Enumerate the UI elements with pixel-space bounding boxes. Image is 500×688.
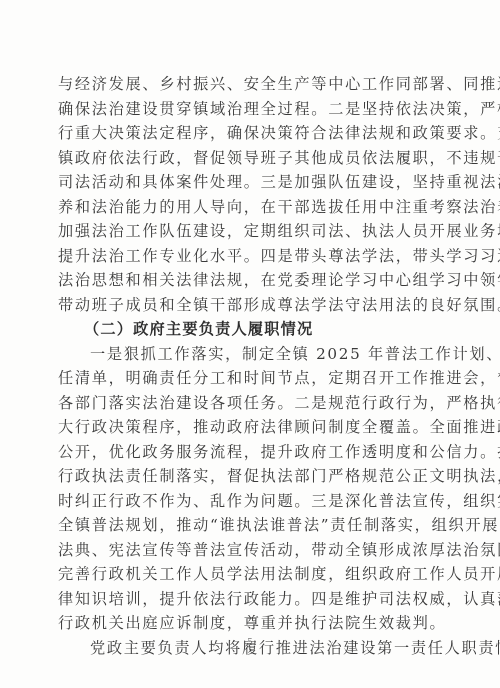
page-number: 5 bbox=[0, 638, 500, 648]
paragraph-party-secretary-continued: 与经济发展、乡村振兴、安全生产等中心工作同部署、同推进， 确保法治建设贯穿镇域治… bbox=[58, 72, 434, 317]
text-line: 行政执法责任制落实，督促执法部门严格规范公正文明执法，及 bbox=[58, 464, 434, 489]
text-line: 带动班子成员和全镇干部形成尊法学法守法用法的良好氛围。 bbox=[58, 293, 434, 318]
text-line: 法治思想和相关法律法规，在党委理论学习中心组学习中领学， bbox=[58, 268, 434, 293]
text-line: 公开，优化政务服务流程，提升政府工作透明度和公信力。推进 bbox=[58, 440, 434, 465]
text-line: 行政机关出庭应诉制度，尊重并执行法院生效裁判。 bbox=[58, 611, 434, 636]
text-line: 提升法治工作专业化水平。四是带头尊法学法，带头学习习近平 bbox=[58, 244, 434, 269]
text-line: 大行政决策程序，推动政府法律顾问制度全覆盖。全面推进政务 bbox=[58, 415, 434, 440]
text-line: 行重大决策法定程序，确保决策符合法律法规和政策要求。支持 bbox=[58, 121, 434, 146]
text-line: 任清单，明确责任分工和时间节点，定期召开工作推进会，督促 bbox=[58, 366, 434, 391]
text-line: 一是狠抓工作落实，制定全镇 2025 年普法工作计划、普法责 bbox=[58, 342, 434, 367]
text-line: 时纠正行政不作为、乱作为问题。三是深化普法宣传，组织实施 bbox=[58, 489, 434, 514]
text-line: 全镇普法规划，推动“谁执法谁普法”责任制落实，组织开展民 bbox=[58, 513, 434, 538]
text-line: 律知识培训，提升依法行政能力。四是维护司法权威，认真落实 bbox=[58, 587, 434, 612]
section-heading: （二）政府主要负责人履职情况 bbox=[58, 317, 434, 342]
text-line: 加强法治工作队伍建设，定期组织司法、执法人员开展业务培训， bbox=[58, 219, 434, 244]
text-line: 各部门落实法治建设各项任务。二是规范行政行为，严格执行重 bbox=[58, 391, 434, 416]
text-line: 法典、宪法宣传等普法宣传活动，带动全镇形成浓厚法治氛围。 bbox=[58, 538, 434, 563]
paragraph-government-head-duties: 一是狠抓工作落实，制定全镇 2025 年普法工作计划、普法责 任清单，明确责任分… bbox=[58, 342, 434, 636]
text-line: 养和法治能力的用人导向，在干部选拔任用中注重考察法治表现。 bbox=[58, 195, 434, 220]
text-line: 镇政府依法行政，督促领导班子其他成员依法履职，不违规干预 bbox=[58, 146, 434, 171]
text-line: 与经济发展、乡村振兴、安全生产等中心工作同部署、同推进， bbox=[58, 72, 434, 97]
text-line: 确保法治建设贯穿镇域治理全过程。二是坚持依法决策，严格执 bbox=[58, 97, 434, 122]
text-line: 完善行政机关工作人员学法用法制度，组织政府工作人员开展法 bbox=[58, 562, 434, 587]
document-body: 与经济发展、乡村振兴、安全生产等中心工作同部署、同推进， 确保法治建设贯穿镇域治… bbox=[58, 72, 434, 660]
text-line: 司法活动和具体案件处理。三是加强队伍建设，坚持重视法治素 bbox=[58, 170, 434, 195]
document-page: 与经济发展、乡村振兴、安全生产等中心工作同部署、同推进， 确保法治建设贯穿镇域治… bbox=[0, 0, 500, 688]
